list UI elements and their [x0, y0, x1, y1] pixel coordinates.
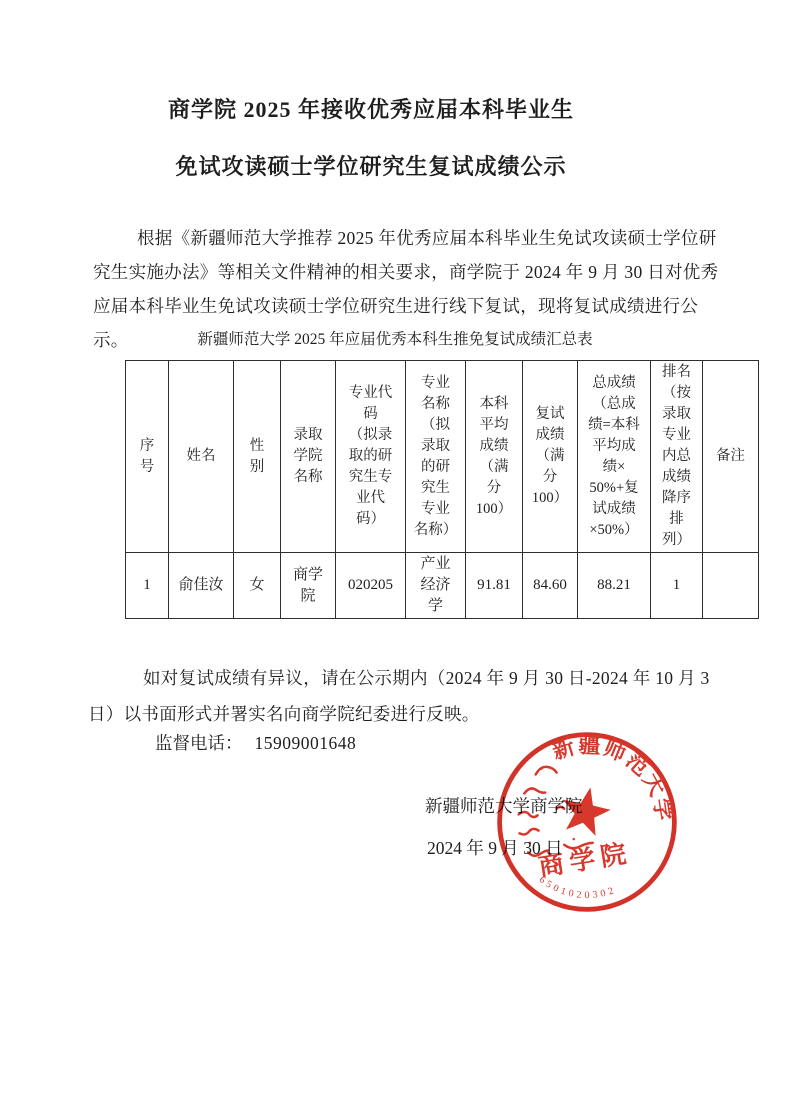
cell-total-score: 88.21 [578, 553, 651, 619]
cell-ug-average: 91.81 [466, 553, 523, 619]
header-ug-average: 本科 平均 成绩 （满 分 100） [466, 361, 523, 553]
header-total-score: 总成绩 （总成 绩=本科 平均成 绩× 50%+复 试成绩 ×50%） [578, 361, 651, 553]
header-college: 录取 学院 名称 [281, 361, 336, 553]
phone-number: 15909001648 [255, 733, 357, 753]
cell-remark [703, 553, 759, 619]
cell-college: 商学 院 [281, 553, 336, 619]
cell-major-name: 产业 经济 学 [406, 553, 466, 619]
score-table: 序 号 姓名 性 别 录取 学院 名称 专业代 码 （拟录 取的研 究生专 业代… [125, 360, 759, 619]
table-caption: 新疆师范大学 2025 年应届优秀本科生推免复试成绩汇总表 [0, 329, 790, 351]
header-name: 姓名 [169, 361, 234, 553]
seal-university-arc-text: 新疆师范大学 [549, 732, 677, 824]
table-row: 1 俞佳汝 女 商学 院 020205 产业 经济 学 91.81 84.60 … [126, 553, 759, 619]
table-header-row: 序 号 姓名 性 别 录取 学院 名称 专业代 码 （拟录 取的研 究生专 业代… [126, 361, 759, 553]
seal-star-icon [557, 782, 614, 837]
cell-retest-score: 84.60 [523, 553, 578, 619]
supervision-phone-line: 监督电话：15909001648 [155, 731, 356, 755]
document-title-line2: 免试攻读硕士学位研究生复试成绩公示 [0, 151, 742, 183]
header-gender: 性 别 [234, 361, 281, 553]
document-page: 商学院 2025 年接收优秀应届本科毕业生 免试攻读硕士学位研究生复试成绩公示 … [0, 0, 799, 1119]
header-seq: 序 号 [126, 361, 169, 553]
cell-gender: 女 [234, 553, 281, 619]
cell-major-code: 020205 [336, 553, 406, 619]
document-title-line1: 商学院 2025 年接收优秀应届本科毕业生 [0, 94, 742, 126]
header-remark: 备注 [703, 361, 759, 553]
official-seal: 新疆师范大学 商学院 6501020302 [492, 727, 682, 917]
header-major-name: 专业 名称 （拟 录取 的研 究生 专业 名称） [406, 361, 466, 553]
phone-label: 监督电话： [155, 733, 243, 753]
header-rank: 排名 （按 录取 专业 内总 成绩 降序 排 列） [651, 361, 703, 553]
cell-name: 俞佳汝 [169, 553, 234, 619]
header-major-code: 专业代 码 （拟录 取的研 究生专 业代 码） [336, 361, 406, 553]
cell-seq: 1 [126, 553, 169, 619]
header-retest-score: 复试 成绩 （满 分 100） [523, 361, 578, 553]
cell-rank: 1 [651, 553, 703, 619]
objection-notice: 如对复试成绩有异议，请在公示期内（2024 年 9 月 30 日-2024 年 … [88, 660, 738, 732]
